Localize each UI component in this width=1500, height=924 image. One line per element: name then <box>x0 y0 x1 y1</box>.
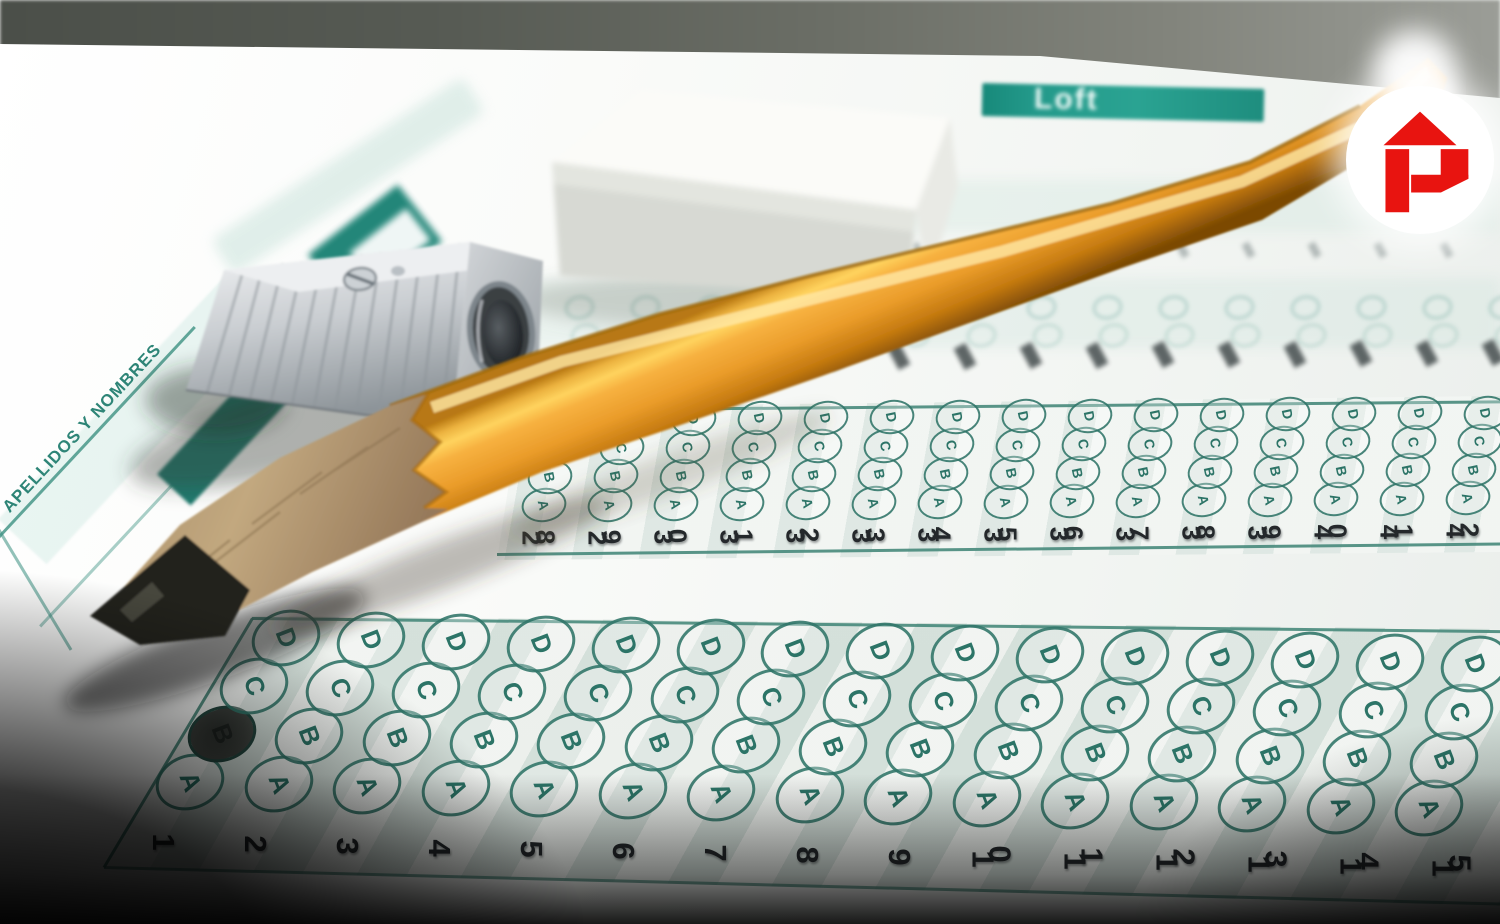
pencil <box>0 0 1500 924</box>
pencil-highlight <box>430 66 1430 413</box>
scantron-photo: Loft 28ABCD29ABCD30ABCD31ABCD32ABCD33ABC… <box>0 0 1500 924</box>
logo-badge <box>1346 86 1494 234</box>
logo-p-icon <box>1346 86 1494 234</box>
